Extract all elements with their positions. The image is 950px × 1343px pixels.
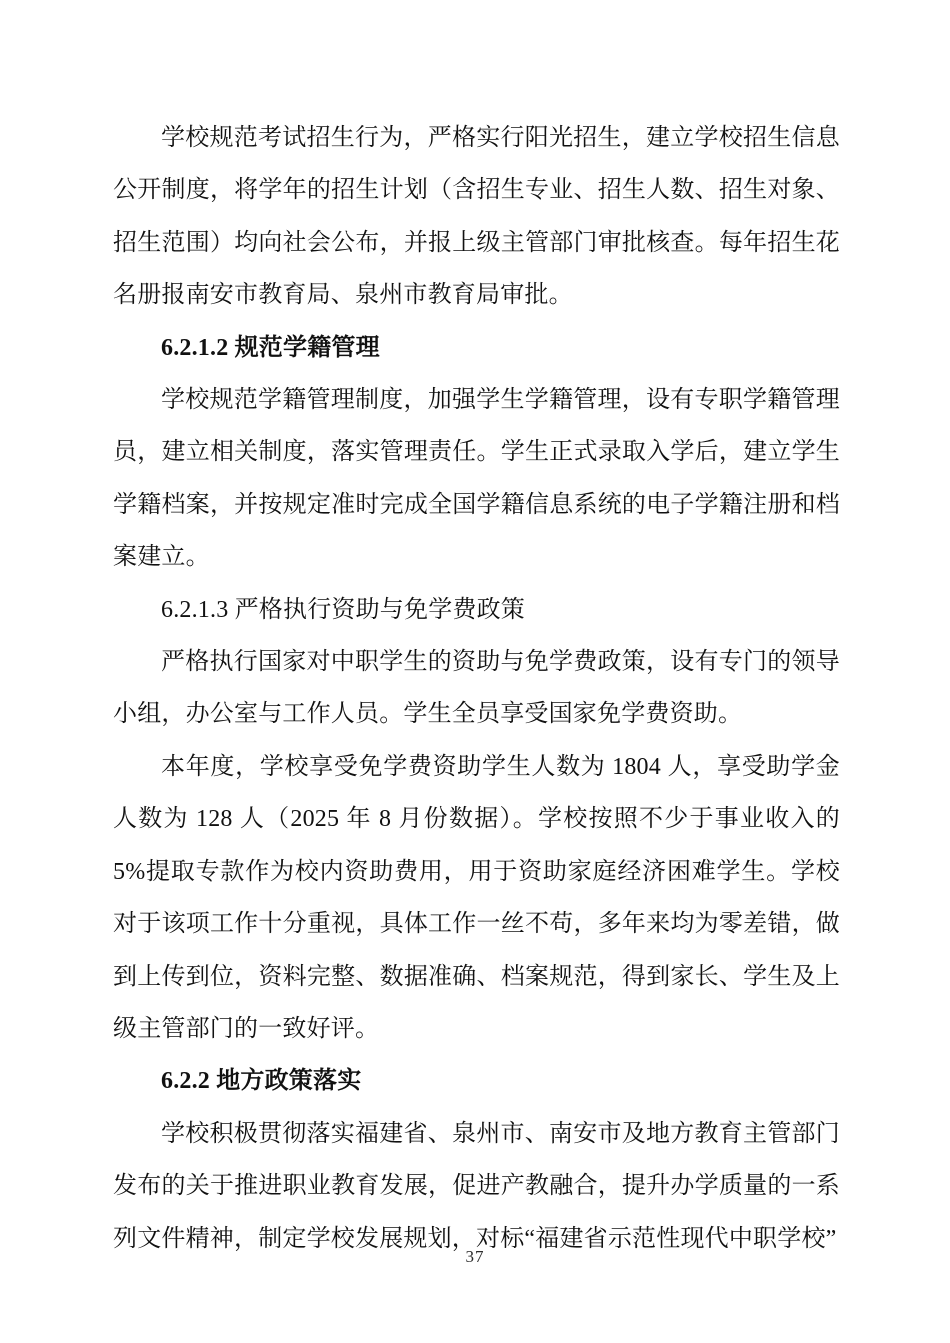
heading-6-2-1-3-subsidy-policy: 6.2.1.3 严格执行资助与免学费政策 — [113, 584, 840, 636]
paragraph-enrollment-regulation: 学校规范考试招生行为，严格实行阳光招生，建立学校招生信息公开制度，将学年的招生计… — [113, 112, 840, 322]
heading-6-2-1-2-student-registration: 6.2.1.2 规范学籍管理 — [113, 322, 840, 374]
paragraph-subsidy-statistics: 本年度，学校享受免学费资助学生人数为 1804 人，享受助学金人数为 128 人… — [113, 741, 840, 1055]
document-page: 学校规范考试招生行为，严格实行阳光招生，建立学校招生信息公开制度，将学年的招生计… — [0, 0, 950, 1343]
heading-6-2-2-local-policy: 6.2.2 地方政策落实 — [113, 1055, 840, 1107]
paragraph-registration-management: 学校规范学籍管理制度，加强学生学籍管理，设有专职学籍管理员，建立相关制度，落实管… — [113, 374, 840, 584]
paragraph-local-policy-implementation: 学校积极贯彻落实福建省、泉州市、南安市及地方教育主管部门发布的关于推进职业教育发… — [113, 1108, 840, 1265]
paragraph-subsidy-policy-implementation: 严格执行国家对中职学生的资助与免学费政策，设有专门的领导小组，办公室与工作人员。… — [113, 636, 840, 741]
page-number: 37 — [0, 1247, 950, 1267]
